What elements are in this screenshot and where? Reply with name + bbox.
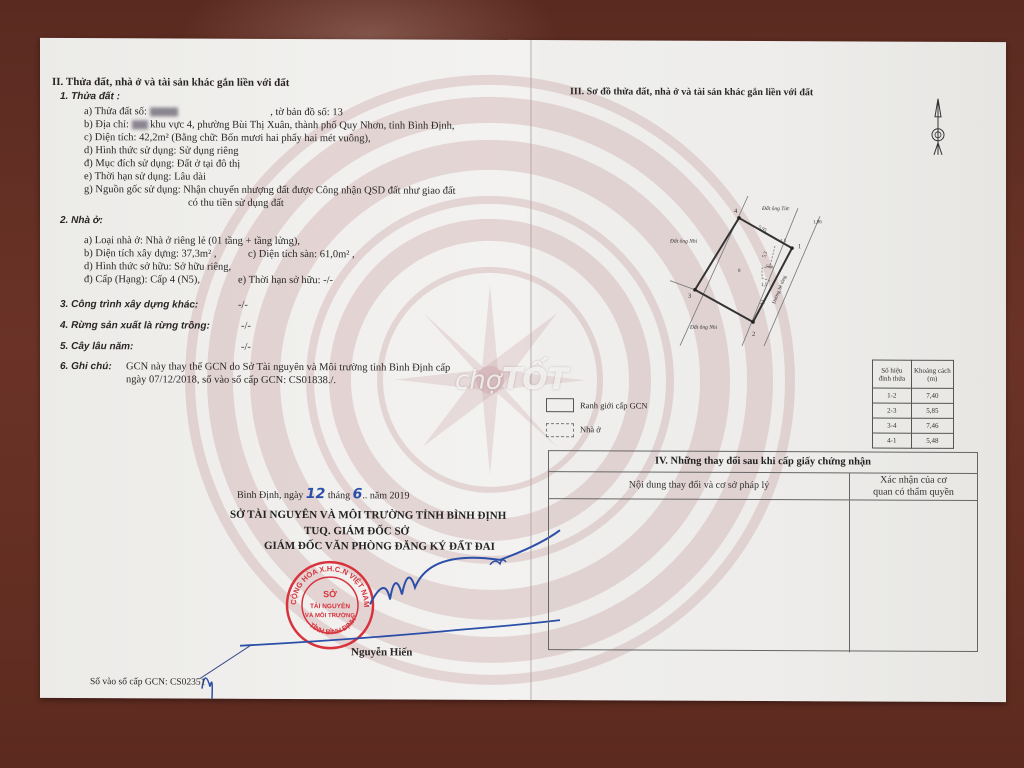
- svg-text:1,5: 1,5: [780, 239, 787, 244]
- north-arrow-icon: [928, 97, 948, 157]
- col-header-changes: Nội dung thay đổi và cơ sở pháp lý: [549, 472, 850, 499]
- svg-text:1: 1: [798, 243, 801, 250]
- svg-text:4: 4: [734, 208, 738, 215]
- land-certificate-document: II. Thửa đất, nhà ở và tài sản khác gắn …: [40, 38, 1006, 702]
- svg-text:5,3: 5,3: [762, 251, 769, 259]
- confirmation-cell: [850, 500, 977, 653]
- svg-text:1,5: 1,5: [761, 283, 768, 288]
- signer-name: Nguyễn Hiến: [351, 646, 412, 659]
- legend-label-boundary: Ranh giới cấp GCN: [580, 399, 648, 412]
- svg-text:8: 8: [738, 269, 741, 274]
- svg-text:3: 3: [688, 293, 691, 300]
- register-number: Số vào sổ cấp GCN: CS02351: [90, 676, 205, 690]
- legend-label-house: Nhà ở: [580, 423, 601, 436]
- section-3-title: III. Sơ đồ thửa đất, nhà ở và tài sản kh…: [570, 85, 813, 99]
- col-header-vertex: Số hiệu đỉnh thửa: [873, 360, 912, 388]
- svg-text:Đất ông Nhi: Đất ông Nhi: [670, 238, 698, 245]
- table-row: 1-27,40: [873, 388, 954, 403]
- svg-text:4,1: 4,1: [760, 299, 767, 307]
- section-4-title: IV. Những thay đổi sau khi cấp giấy chứn…: [549, 451, 977, 474]
- changes-table: IV. Những thay đổi sau khi cấp giấy chứn…: [548, 450, 978, 652]
- vertex-distance-table: Số hiệu đỉnh thửa Khoảng cách (m) 1-27,4…: [872, 360, 954, 449]
- svg-text:2: 2: [752, 331, 755, 338]
- legend-solid-swatch: [546, 398, 574, 412]
- changes-content-cell: [549, 499, 850, 652]
- plot-diagram: 1 2 3 4 Đất ông Tức Đất ông Nhi Đất ông …: [670, 196, 840, 347]
- table-row: 2-35,85: [873, 403, 954, 418]
- table-row: 3-47,46: [873, 418, 954, 433]
- table-row: 4-15,48: [873, 433, 954, 448]
- svg-text:Đất ông Nhi: Đất ông Nhi: [689, 324, 718, 331]
- col-header-distance: Khoảng cách (m): [911, 360, 953, 388]
- svg-text:1,86: 1,86: [813, 220, 822, 225]
- svg-text:Đất ông Tức: Đất ông Tức: [761, 205, 790, 212]
- col-header-confirmation: Xác nhận của cơ quan có thẩm quyền: [850, 473, 977, 500]
- svg-text:Sân: Sân: [766, 265, 774, 270]
- legend-dashed-swatch: [546, 423, 574, 437]
